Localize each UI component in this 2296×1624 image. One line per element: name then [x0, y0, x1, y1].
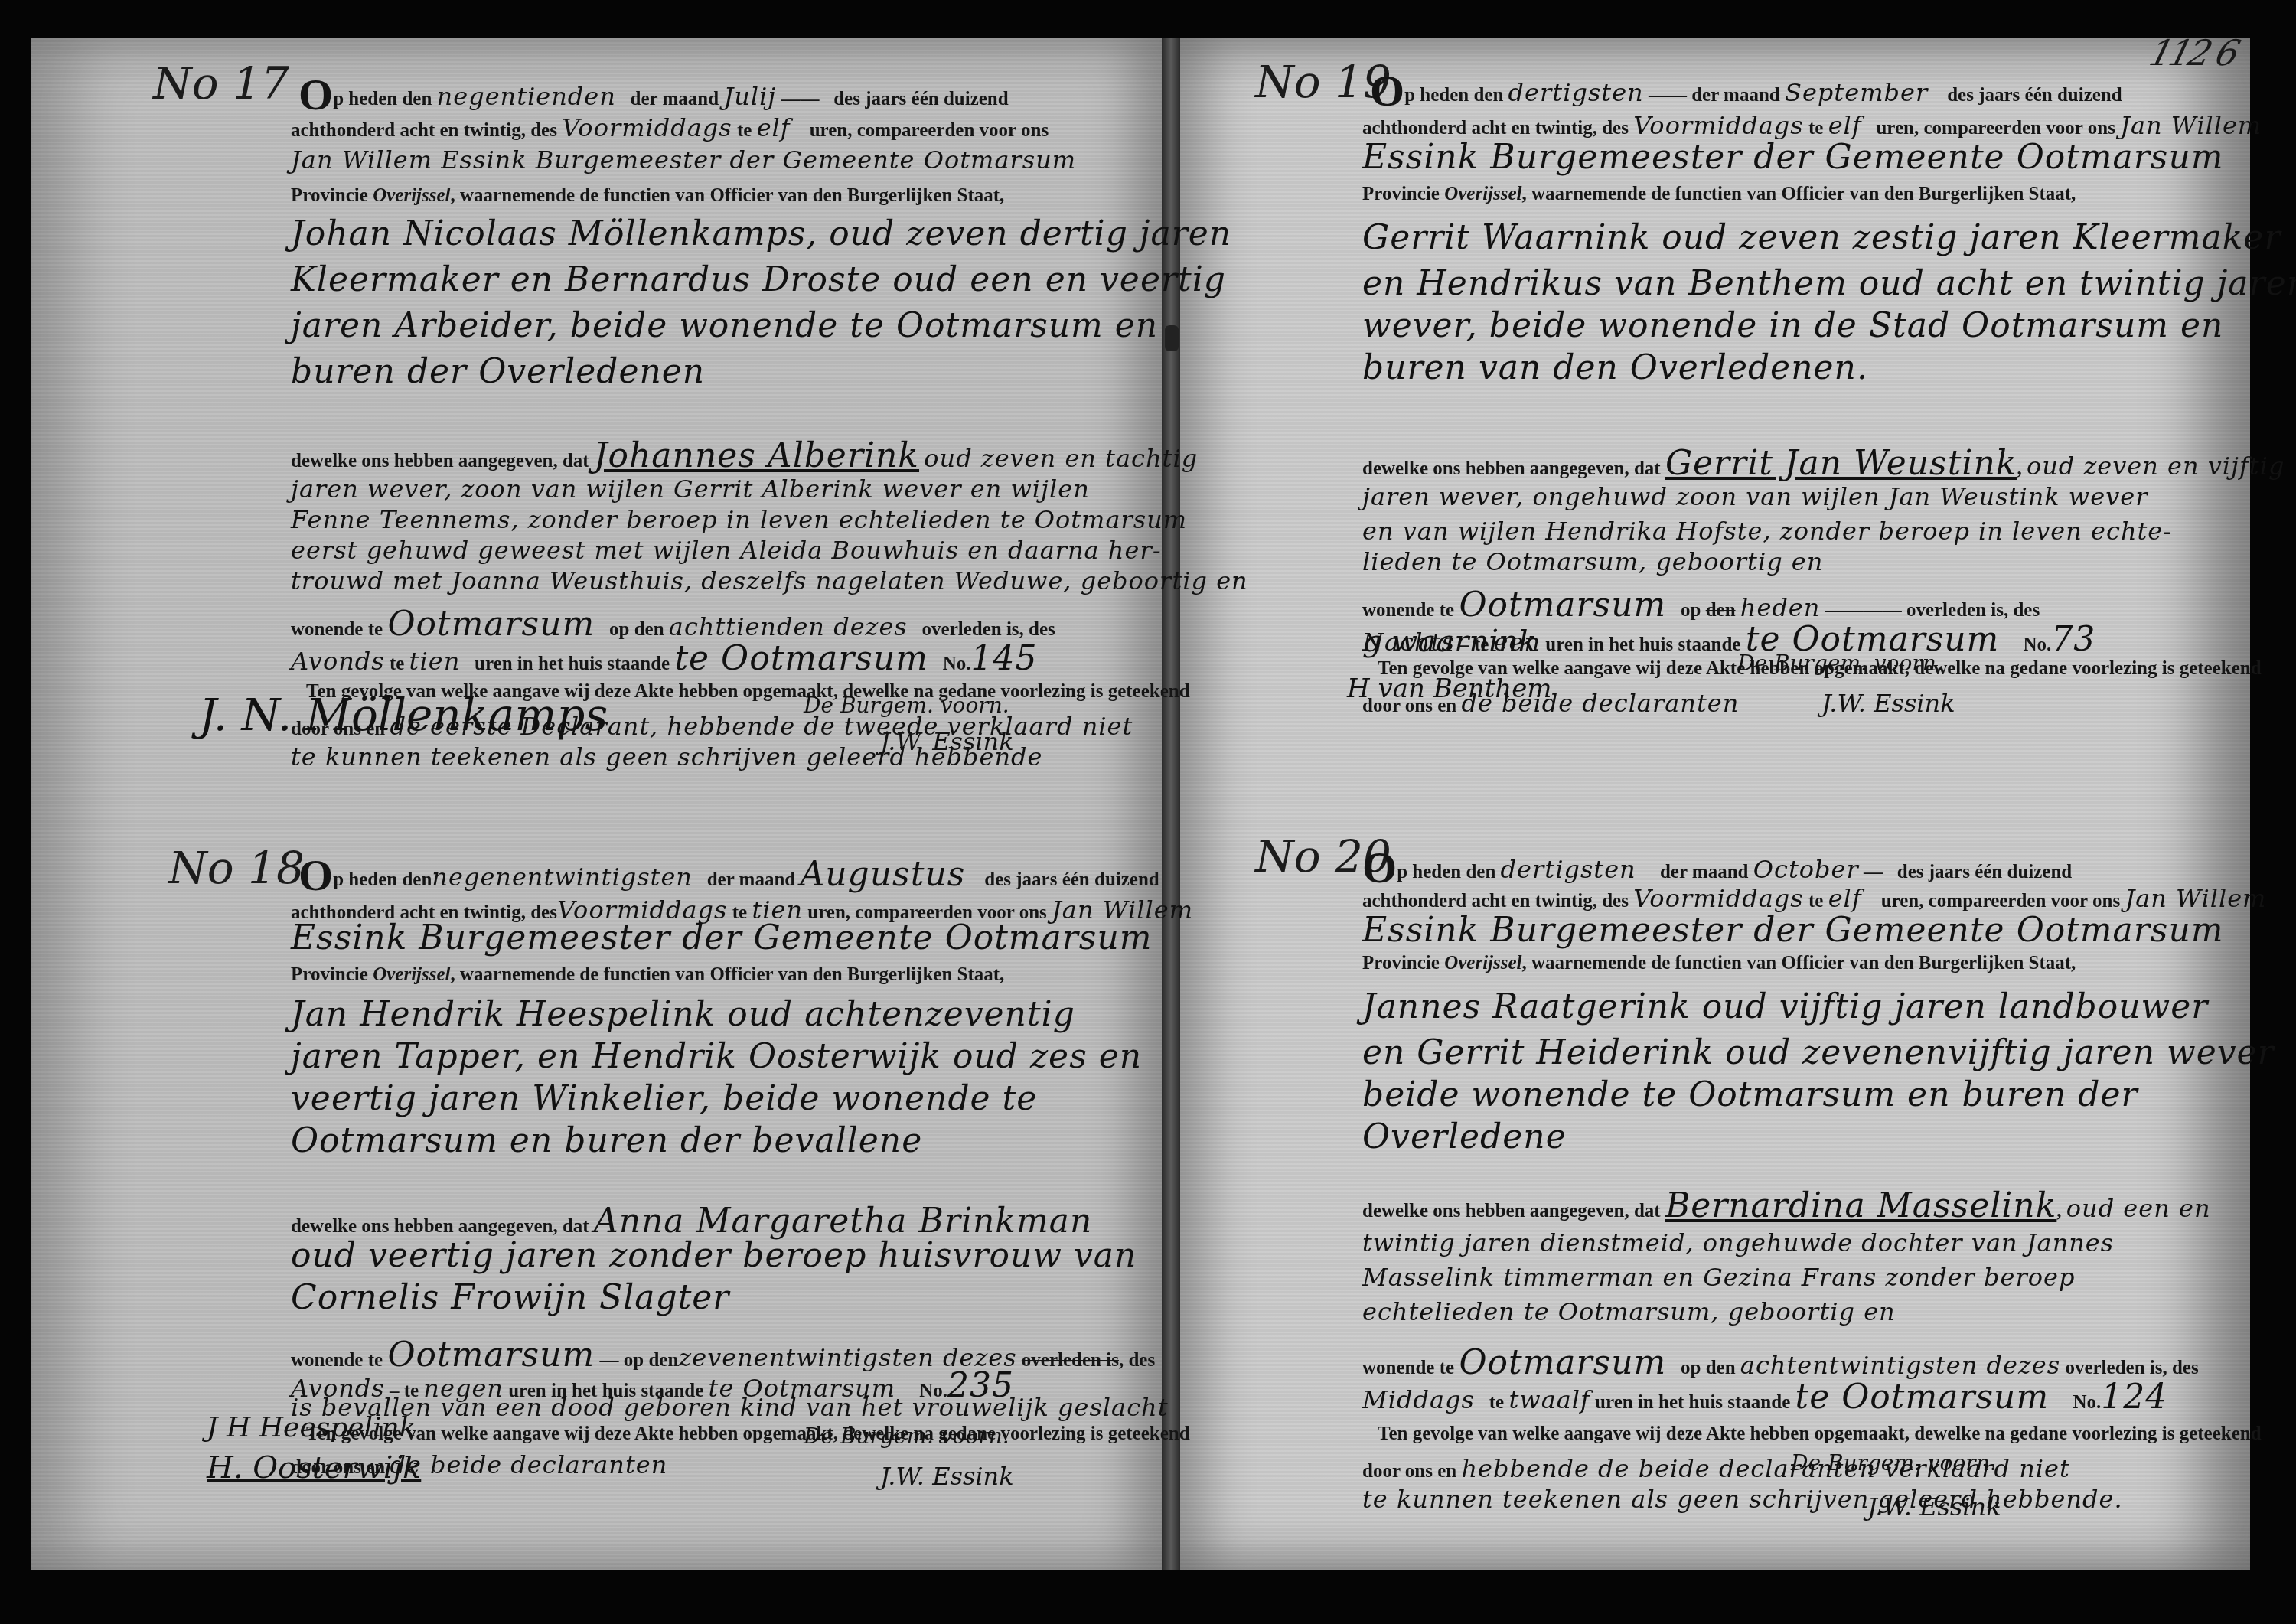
- witness-line: buren der Overledenen: [291, 352, 705, 391]
- witness-line: Jannes Raatgerink oud vijftig jaren land…: [1362, 987, 2208, 1026]
- record-number: No 17: [153, 57, 289, 109]
- day-value: negentienden: [437, 82, 616, 111]
- official-line: Essink Burgemeester der Gemeente Ootmars…: [1362, 911, 2224, 950]
- details-line: echtelieden te Ootmarsum, geboortig en: [1362, 1297, 1896, 1326]
- witness-line: veertig jaren Winkelier, beide wonende t…: [291, 1079, 1037, 1118]
- mayor-signature: J.W. Essink: [880, 727, 1014, 756]
- mayor-signature: J.W. Essink: [880, 1462, 1014, 1491]
- details-line: oud veertig jaren zonder beroep huisvrou…: [291, 1236, 1137, 1275]
- month-value: Julij: [723, 82, 776, 111]
- deceased-name: Gerrit Jan Weustink: [1665, 444, 2017, 483]
- witness-line: buren van den Overledenen.: [1362, 348, 1868, 387]
- mayor-label: De Burgem. voorn.: [1791, 1450, 1997, 1476]
- time-line: achthonderd acht en twintig, des Voormid…: [1362, 111, 2262, 140]
- witness-line: en Gerrit Heiderink oud zevenenvijftig j…: [1362, 1033, 2275, 1072]
- consequence-line: Ten gevolge van welke aangave wij deze A…: [306, 1423, 1190, 1445]
- declaration-line: dewelke ons hebben aangegeven, dat Anna …: [291, 1202, 1092, 1241]
- signed-line: te kunnen teekenen als geen schrijven ge…: [1362, 1485, 2123, 1514]
- details-line: twintig jaren dienstmeid, ongehuwde doch…: [1362, 1228, 2114, 1257]
- date-line: Op heden den negentienden der maand Juli…: [298, 69, 1009, 120]
- mayor-label: De Burgem. voorn.: [804, 1423, 1009, 1449]
- record-number: No 18: [168, 842, 305, 894]
- signature-mollenkamps: J. N. Möllenkamps: [199, 689, 608, 741]
- signature-waarnink: g waarnink: [1362, 624, 1537, 659]
- deceased-name: Anna Margaretha Brinkman: [594, 1202, 1092, 1241]
- province-line: Provincie Overijssel, waarnemende de fun…: [1362, 184, 2076, 205]
- declaration-line: dewelke ons hebben aangegeven, dat Johan…: [291, 436, 1198, 475]
- record-20: No 20 Op heden den dertigsten der maand …: [1255, 842, 2250, 1515]
- province-line: Provincie Overijssel, waarnemende de fun…: [291, 185, 1004, 207]
- house-line: Middags te twaalf uren in het huis staan…: [1362, 1378, 2167, 1417]
- binding-clip: [1165, 325, 1179, 351]
- details-line: Masselink timmerman en Gezina Frans zond…: [1362, 1263, 2075, 1292]
- mayor-label: De Burgem. voorn.: [804, 693, 1009, 718]
- witness-line: jaren Tapper, en Hendrik Oosterwijk oud …: [291, 1037, 1142, 1076]
- residence-line: wonende te Ootmarsum op den achtentwinti…: [1362, 1343, 2199, 1382]
- house-line: Avonds te tien uren in het huis staande …: [291, 639, 1038, 678]
- details-line: lieden te Ootmarsum, geboortig en: [1362, 547, 1823, 576]
- time-line: achthonderd acht en twintig, des Voormid…: [1362, 884, 2266, 913]
- official-line: Essink Burgemeester der Gemeente Ootmars…: [291, 918, 1153, 957]
- details-line: Fenne Teennems, zonder beroep in leven e…: [291, 505, 1187, 534]
- details-line: en van wijlen Hendrika Hofste, zonder be…: [1362, 517, 2172, 546]
- mayor-label: De Burgem. voorn.: [1737, 651, 1943, 676]
- witness-line: Kleermaker en Bernardus Droste oud een e…: [291, 260, 1226, 299]
- details-line: jaren wever, zoon van wijlen Gerrit Albe…: [291, 474, 1090, 504]
- signature-oosterwijk: H. Oosterwijk: [207, 1450, 421, 1485]
- time-line: achthonderd acht en twintig, des Voormid…: [291, 113, 1049, 142]
- signature-heespelink: J H Heespelink: [207, 1412, 416, 1443]
- witness-line: Overledene: [1362, 1117, 1567, 1156]
- witness-line: Gerrit Waarnink oud zeven zestig jaren K…: [1362, 218, 2281, 257]
- province-line: Provincie Overijssel, waarnemende de fun…: [291, 964, 1004, 986]
- mayor-signature: J.W. Essink: [1867, 1492, 2001, 1521]
- witness-line: Ootmarsum en buren der bevallene: [291, 1121, 922, 1160]
- witness-line: Jan Hendrik Heespelink oud achtenzeventi…: [291, 995, 1075, 1034]
- declaration-line: dewelke ons hebben aangegeven, dat Gerri…: [1362, 444, 2285, 483]
- witness-line: beide wonende te Ootmarsum en buren der: [1362, 1075, 2138, 1114]
- deceased-name: Bernardina Masselink: [1665, 1186, 2056, 1225]
- date-line: Op heden dennegenentwintigsten der maand…: [298, 850, 1159, 901]
- witness-line: Johan Nicolaas Möllenkamps, oud zeven de…: [291, 214, 1231, 253]
- province-line: Provincie Overijssel, waarnemende de fun…: [1362, 953, 2076, 974]
- extra-line: is bevallen van een dood geboren kind va…: [291, 1393, 1169, 1422]
- residence-line: wonende te Ootmarsum op den heden ———— o…: [1362, 585, 2040, 624]
- signature-van-benthem: H van Benthem: [1347, 673, 1552, 704]
- details-line: jaren wever, ongehuwd zoon van wijlen Ja…: [1362, 482, 2148, 511]
- mayor-signature: J.W. Essink: [1821, 689, 1955, 718]
- consequence-line: Ten gevolge van welke aangave wij deze A…: [1378, 1423, 2262, 1445]
- witness-line: en Hendrikus van Benthem oud acht en twi…: [1362, 264, 2296, 303]
- details-line: Cornelis Frowijn Slagter: [291, 1278, 729, 1317]
- details-line: eerst gehuwd geweest met wijlen Aleida B…: [291, 536, 1162, 565]
- witness-line: jaren Arbeider, beide wonende te Ootmars…: [291, 306, 1158, 345]
- official-line: Essink Burgemeester der Gemeente Ootmars…: [1362, 138, 2224, 177]
- witness-line: wever, beide wonende in de Stad Ootmarsu…: [1362, 306, 2223, 345]
- details-line: trouwd met Joanna Weusthuis, deszelfs na…: [291, 566, 1248, 595]
- deceased-name: Johannes Alberink: [594, 436, 919, 475]
- residence-line: wonende te Ootmarsum op den achttienden …: [291, 605, 1055, 644]
- official-line: Jan Willem Essink Burgemeester der Gemee…: [291, 145, 1076, 174]
- date-line: Op heden den dertigsten —— der maand Sep…: [1370, 65, 2122, 116]
- declaration-line: dewelke ons hebben aangegeven, dat Berna…: [1362, 1186, 2211, 1225]
